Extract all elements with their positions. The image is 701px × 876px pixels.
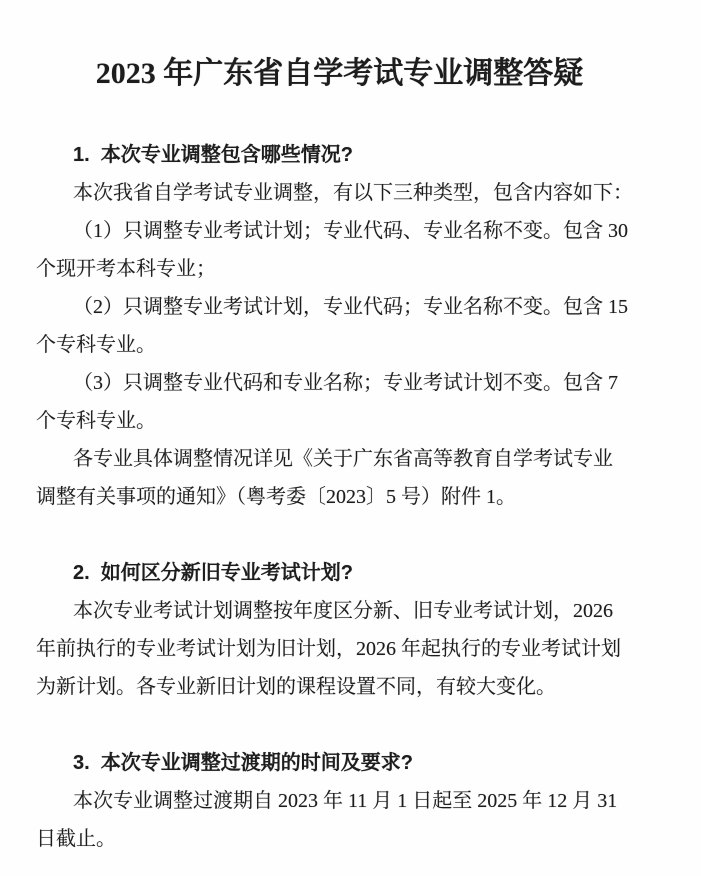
text-line: 各专业具体调整情况详见《关于广东省高等教育自学考试专业 bbox=[36, 440, 643, 478]
section-3: 3. 本次专业调整过渡期的时间及要求? 本次专业调整过渡期自 2023 年 11… bbox=[36, 744, 643, 858]
section-2: 2. 如何区分新旧专业考试计划? 本次专业考试计划调整按年度区分新、旧专业考试计… bbox=[36, 554, 643, 706]
document-page: 2023 年广东省自学考试专业调整答疑 1. 本次专业调整包含哪些情况? 本次我… bbox=[0, 0, 701, 876]
text-line: （3）只调整专业代码和专业名称；专业考试计划不变。包含 7 bbox=[36, 364, 643, 402]
text-line: （1）只调整专业考试计划；专业代码、专业名称不变。包含 30 bbox=[36, 212, 643, 250]
text-line: 年前执行的专业考试计划为旧计划，2026 年起执行的专业考试计划 bbox=[36, 630, 643, 668]
text-line: 个专科专业。 bbox=[36, 326, 643, 364]
text-line: 本次专业考试计划调整按年度区分新、旧专业考试计划，2026 bbox=[36, 592, 643, 630]
text-line: 日截止。 bbox=[36, 820, 643, 858]
question-3-heading: 3. 本次专业调整过渡期的时间及要求? bbox=[36, 744, 643, 782]
text-line: 本次专业调整过渡期自 2023 年 11 月 1 日起至 2025 年 12 月… bbox=[36, 782, 643, 820]
text-line: 为新计划。各专业新旧计划的课程设置不同，有较大变化。 bbox=[36, 668, 643, 706]
text-line: 个专科专业。 bbox=[36, 402, 643, 440]
section-1: 1. 本次专业调整包含哪些情况? 本次我省自学考试专业调整，有以下三种类型，包含… bbox=[36, 136, 643, 516]
text-line: 本次我省自学考试专业调整，有以下三种类型，包含内容如下： bbox=[36, 174, 643, 212]
document-title: 2023 年广东省自学考试专业调整答疑 bbox=[36, 54, 643, 94]
question-2-heading: 2. 如何区分新旧专业考试计划? bbox=[36, 554, 643, 592]
text-line: 个现开考本科专业； bbox=[36, 250, 643, 288]
text-line: 调整有关事项的通知》（粤考委〔2023〕5 号）附件 1。 bbox=[36, 478, 643, 516]
text-line: （2）只调整专业考试计划，专业代码；专业名称不变。包含 15 bbox=[36, 288, 643, 326]
question-1-heading: 1. 本次专业调整包含哪些情况? bbox=[36, 136, 643, 174]
